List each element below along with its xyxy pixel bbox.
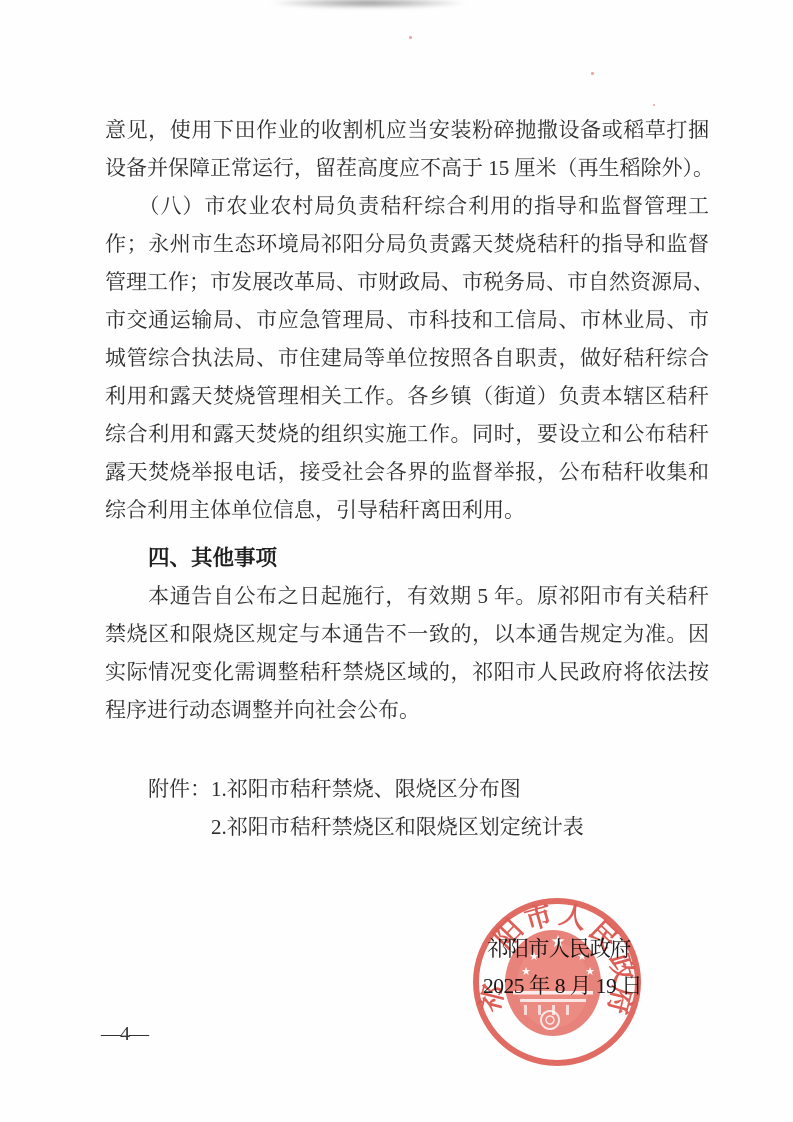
body-line: 市交通运输局、市应急管理局、市科技和工信局、市林业局、市 xyxy=(105,301,709,339)
scan-speck xyxy=(409,36,412,39)
body-line: （八）市农业农村局负责秸秆综合利用的指导和监督管理工 xyxy=(105,187,709,225)
body-line: 设备并保障正常运行，留茬高度应不高于 15 厘米（再生稻除外）。 xyxy=(105,149,709,187)
emblem-gate-column xyxy=(538,1005,541,1015)
body-line: 管理工作；市发展改革局、市财政局、市税务局、市自然资源局、 xyxy=(105,263,709,301)
attachments-label: 附件： xyxy=(148,770,211,808)
scan-speck xyxy=(591,72,594,75)
section-heading: 四、其他事项 xyxy=(105,539,709,577)
emblem-gate-band xyxy=(520,999,586,1002)
seal-ring-char: 府 xyxy=(602,983,638,1016)
emblem-gate-column xyxy=(552,1005,555,1015)
seal-ring-char: 人 xyxy=(556,899,589,935)
body-line: 综合利用主体单位信息，引导秸秆离田利用。 xyxy=(105,491,709,529)
attachments: 附件： 1.祁阳市秸秆禁烧、限烧区分布图 2.祁阳市秸秆禁烧区和限烧区划定统计表 xyxy=(148,770,709,846)
body-line: 实际情况变化需调整秸秆禁烧区域的，祁阳市人民政府将依法按 xyxy=(105,653,709,691)
page-number: —4— xyxy=(101,1022,148,1046)
national-emblem: ★ ★ ★ ★ ★ xyxy=(505,930,601,1036)
emblem-gate-column xyxy=(566,1005,569,1015)
attachment-item: 2.祁阳市秸秆禁烧区和限烧区划定统计表 xyxy=(211,808,584,846)
emblem-gate-band xyxy=(513,991,593,995)
body-line: 程序进行动态调整并向社会公布。 xyxy=(105,691,709,729)
seal-ring-char: 政 xyxy=(603,951,639,985)
document-page: 意见，使用下田作业的收割机应当安装粉碎抛撒设备或稻草打捆 设备并保障正常运行，留… xyxy=(0,0,793,1122)
emblem-gate-column xyxy=(524,1005,527,1015)
scan-smudge xyxy=(268,0,468,9)
body-line: 利用和露天焚烧管理相关工作。各乡镇（街道）负责本辖区秸秆 xyxy=(105,377,709,415)
attachment-item: 1.祁阳市秸秆禁烧、限烧区分布图 xyxy=(211,770,584,808)
body-line: 禁烧区和限烧区规定与本通告不一致的，以本通告规定为准。因 xyxy=(105,615,709,653)
scan-speck xyxy=(653,104,655,106)
star-icon: ★ xyxy=(521,966,531,978)
body-line: 综合利用和露天焚烧的组织实施工作。同时，要设立和公布秸秆 xyxy=(105,415,709,453)
star-icon: ★ xyxy=(585,966,595,978)
official-seal: 祁 阳 市 人 民 政 府 ★ ★ ★ ★ ★ xyxy=(462,887,652,1077)
star-icon: ★ xyxy=(529,951,539,963)
seal-ring-char: 祁 xyxy=(474,982,510,1015)
star-icon: ★ xyxy=(550,932,565,951)
body-line: 露天焚烧举报电话，接受社会各界的监督举报，公布秸秆收集和 xyxy=(105,453,709,491)
body-line: 意见，使用下田作业的收割机应当安装粉碎抛撒设备或稻草打捆 xyxy=(105,111,709,149)
star-icon: ★ xyxy=(577,951,587,963)
body-line: 城管综合执法局、市住建局等单位按照各自职责，做好秸秆综合 xyxy=(105,339,709,377)
body-line: 作；永州市生态环境局祁阳分局负责露天焚烧秸秆的指导和监督 xyxy=(105,225,709,263)
official-seal-graphic: 祁 阳 市 人 民 政 府 ★ ★ ★ ★ ★ xyxy=(462,887,652,1077)
body-text: 意见，使用下田作业的收割机应当安装粉碎抛撒设备或稻草打捆 设备并保障正常运行，留… xyxy=(105,111,709,846)
body-line: 本通告自公布之日起施行，有效期 5 年。原祁阳市有关秸秆 xyxy=(105,577,709,615)
